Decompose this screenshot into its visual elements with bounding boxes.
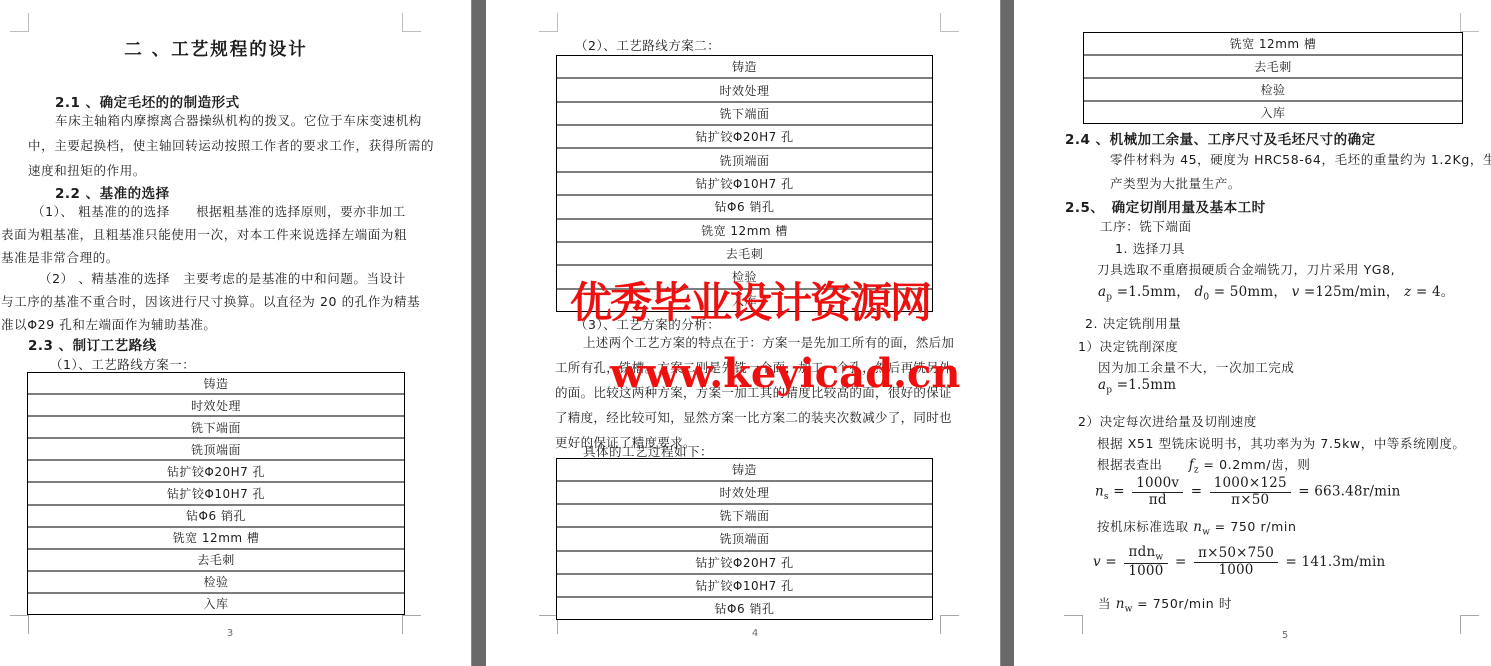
paragraph-line: 中，主要起换档，使主轴回转运动按照工作者的要求工作，获得所需的 (28, 133, 434, 158)
table-row: 去毛刺 (1084, 54, 1462, 77)
paragraph-line: 的面。比较这两种方案，方案一加工其的精度比较高的面，很好的保证 (555, 380, 954, 405)
table-row: 钻Φ6 销孔 (28, 504, 404, 526)
heading-2-4: 2.4 、机械加工余量、工序尺寸及毛坯尺寸的确定 (1065, 128, 1376, 148)
machine-spec-line: 根据 X51 型铣床说明书，其功率为为 7.5kw，中等系统刚度。 (1097, 432, 1466, 455)
page-number: 3 (0, 628, 460, 639)
page-separator (471, 0, 487, 666)
formula-spindle-speed: ns = 1000vπd = 1000×125π×50 = 663.48r/mi… (1095, 476, 1401, 508)
table-row: 铣宽 12mm 槽 (557, 218, 932, 241)
table-row: 入库 (1084, 100, 1462, 123)
table-row: 入库 (557, 288, 932, 311)
table-row: 去毛刺 (28, 548, 404, 570)
heading-2-5: 2.5、 确定切削用量及基本工时 (1065, 196, 1266, 216)
paragraph-line: （1）、 粗基准的的选择 根据粗基准的选择原则，要亦非加工 (1, 200, 407, 223)
table-row: 入库 (28, 592, 404, 614)
table-row: 钻扩铰Φ20H7 孔 (28, 459, 404, 481)
table-row: 铸造 (28, 373, 404, 393)
tool-selection-line: 刀具选取不重磨损硬质合金端铣刀，刀片采用 YG8, (1097, 258, 1395, 281)
table-row: 铣宽 12mm 槽 (1084, 33, 1462, 54)
table-row: 钻扩铰Φ10H7 孔 (557, 171, 932, 194)
paragraph-line: 了精度，经比较可知，显然方案一比方案二的装夹次数减少了，同时也 (555, 405, 954, 430)
table-row: 铣顶端面 (557, 526, 932, 549)
substep-1-label: 1）决定铣削深度 (1078, 335, 1178, 358)
page-number: 5 (1014, 630, 1491, 641)
paragraph-line: 车床主轴箱内摩擦离合器操纵机构的拨叉。它位于车床变速机构 (28, 108, 434, 133)
page-4[interactable]: （2）、工艺路线方案二： 铸造 时效处理 铣下端面 钻扩铰Φ20H7 孔 铣顶端… (486, 0, 1000, 666)
paragraph-line: 上述两个工艺方案的特点在于：方案一是先加工所有的面，然后加 (555, 330, 954, 355)
table-row: 钻扩铰Φ20H7 孔 (557, 550, 932, 573)
page-number: 4 (486, 628, 1024, 639)
process-route-table-2: 铸造 时效处理 铣下端面 钻扩铰Φ20H7 孔 铣顶端面 钻扩铰Φ10H7 孔 … (556, 55, 933, 312)
paragraph-line: 产类型为大批量生产。 (1110, 172, 1491, 196)
formula-cutting-speed: v = πdnw1000 = π×50×7501000 = 141.3m/min (1093, 545, 1385, 580)
table-row: 铣下端面 (28, 415, 404, 437)
table-row: 检验 (1084, 77, 1462, 100)
table-row: 钻扩铰Φ10H7 孔 (28, 481, 404, 503)
substep-1-body: 因为加工余量不大，一次加工完成 (1098, 356, 1295, 379)
process-route-table-1: 铸造 时效处理 铣下端面 铣顶端面 钻扩铰Φ20H7 孔 钻扩铰Φ10H7 孔 … (27, 372, 405, 615)
page-3[interactable]: 二 、工艺规程的设计 2.1 、确定毛坯的的制造形式 车床主轴箱内摩擦离合器操纵… (0, 0, 471, 666)
section-title: 二 、工艺规程的设计 (0, 36, 432, 61)
table-row: 钻Φ6 销孔 (557, 596, 932, 619)
table-row: 铣顶端面 (28, 437, 404, 459)
table-row: 铣宽 12mm 槽 (28, 526, 404, 548)
table-row: 检验 (28, 570, 404, 592)
table-row: 铸造 (557, 459, 932, 480)
process-table-continued: 铣宽 12mm 槽 去毛刺 检验 入库 (1083, 32, 1463, 124)
paragraph-line: （2） 、精基准的选择 主要考虑的是基准的中和问题。当设计 (1, 267, 420, 290)
heading-2-2: 2.2 、基准的选择 (55, 182, 170, 202)
heading-2-3: 2.3 、制订工艺路线 (28, 334, 157, 354)
table-row: 去毛刺 (557, 241, 932, 264)
table-row: 铣顶端面 (557, 147, 932, 170)
paragraph-line: 准以Φ29 孔和左端面作为辅助基准。 (1, 313, 420, 336)
table-row: 时效处理 (557, 77, 932, 100)
step-2-label: 2. 决定铣削用量 (1085, 312, 1181, 335)
margin-crop-mark (539, 13, 558, 32)
step-1-label: 1. 选择刀具 (1115, 237, 1185, 260)
formula-depth: ap =1.5mm (1098, 377, 1176, 396)
margin-crop-mark (940, 13, 959, 32)
when-speed-line: 当 nw = 750r/min 时 (1098, 592, 1232, 622)
process-detail-table: 铸造 时效处理 铣下端面 铣顶端面 钻扩铰Φ20H7 孔 钻扩铰Φ10H7 孔 … (556, 458, 933, 620)
margin-crop-mark (402, 13, 421, 32)
paragraph-line: 速度和扭矩的作用。 (28, 158, 434, 183)
formula-cutting-parameters: ap =1.5mm， d0 = 50mm， v =125m/min， z = 4… (1098, 280, 1454, 303)
table-row: 时效处理 (28, 393, 404, 415)
table-row: 铣下端面 (557, 101, 932, 124)
table-row: 铸造 (557, 56, 932, 77)
table-row: 钻扩铰Φ10H7 孔 (557, 573, 932, 596)
page-5[interactable]: 铣宽 12mm 槽 去毛刺 检验 入库 2.4 、机械加工余量、工序尺寸及毛坯尺… (1014, 0, 1491, 666)
paragraph-line: 与工序的基准不重合时，因该进行尺寸换算。以直径为 20 的孔作为精基 (1, 290, 420, 313)
document-viewer: 二 、工艺规程的设计 2.1 、确定毛坯的的制造形式 车床主轴箱内摩擦离合器操纵… (0, 0, 1491, 666)
machine-standard-line: 按机床标准选取 nw = 750 r/min (1097, 515, 1296, 545)
paragraph-line: 表面为粗基准，且粗基准只能使用一次，对本工件来说选择左端面为粗 (1, 223, 407, 246)
table-row: 钻Φ6 销孔 (557, 194, 932, 217)
margin-crop-mark (10, 13, 29, 32)
paragraph-line: 零件材料为 45，硬度为 HRC58-64，毛坯的重量约为 1.2Kg，生 (1110, 148, 1491, 172)
margin-crop-mark (1460, 13, 1479, 32)
paragraph-line: 基准是非常合理的。 (1, 246, 407, 269)
table-row: 检验 (557, 264, 932, 287)
table-row: 钻扩铰Φ20H7 孔 (557, 124, 932, 147)
process-step-line: 工序：铣下端面 (1100, 215, 1192, 238)
plan1-label: （1）、工艺路线方案一： (50, 355, 195, 373)
table-row: 时效处理 (557, 480, 932, 503)
table-row: 铣下端面 (557, 503, 932, 526)
paragraph-line: 工所有孔，铣槽。方案二则是先铣一个面，加工一个孔，然后再铣另外 (555, 355, 954, 380)
substep-2-label: 2）决定每次进给量及切削速度 (1078, 410, 1257, 433)
plan2-label: （2）、工艺路线方案二： (575, 36, 720, 54)
